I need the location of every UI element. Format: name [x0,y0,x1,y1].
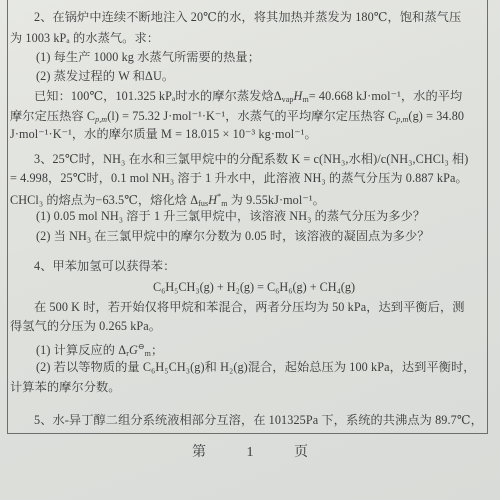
q2-given-end: = 40.668 kJ·mol⁻¹，水的平均 [309,89,463,103]
footer-prefix: 第 [192,445,206,460]
q4-part2: (2) 若以等物质的量 C₆H₅CH₃(g)和 H₂(g)混合，起始总压为 10… [36,359,476,375]
q2-part1: (1) 每生产 1000 kg 水蒸气所需要的热量； [36,49,260,65]
exam-page: 2、在锅炉中连续不断地注入 20℃的水，将其加热并蒸发为 180℃，饱和蒸气压 … [0,0,500,500]
q3-part1: (1) 0.05 mol NH₃ 溶于 1 升三氯甲烷中，该溶液 NH₃ 的蒸气… [36,208,425,224]
q2-given2-mid: (l) = 75.32 J·mol⁻¹·K⁻¹，水蒸气的平均摩尔定压热容 C [107,109,396,123]
q2-intro-line2: 为 1003 kPₐ 的水蒸气。求： [10,30,159,46]
q4-line3: 得氢气的分压为 0.265 kPa。 [10,318,161,334]
q2-given2-end: (g) = 34.80 [408,109,464,123]
q4-part1-b: ； [151,343,163,357]
q2-given-line2: 摩尔定压热容 Cp,m(l) = 75.32 J·mol⁻¹·K⁻¹，水蒸气的平… [10,108,464,128]
q3-line3-sub: fus [198,199,208,208]
q4-part1-g: G [129,343,138,357]
q3-line1: 3、25℃时，NH₃ 在水和三氯甲烷中的分配系数 K = c(NH₃,水相)/c… [34,151,468,167]
q2-given-sub: vap [282,95,294,104]
footer-page-number: 1 [247,445,254,460]
q4-part2-cont: 计算苯的摩尔分数。 [10,379,121,395]
q2-given-line1: 已知：100℃，101.325 kPₐ时水的摩尔蒸发焓ΔvapHm= 40.66… [34,88,462,108]
q4-line2: 在 500 K 时，若开始仅将甲烷和苯混合，两者分压均为 50 kPa，达到平衡… [34,299,465,315]
q4-line1: 4、甲苯加氢可以获得苯： [34,258,175,274]
q2-given2-text: 摩尔定压热容 C [10,109,95,123]
q4-equation: C₆H₅CH₃(g) + H₂(g) = C₆H₆(g) + CH₄(g) [153,279,355,295]
q2-part2: (2) 蒸发过程的 W 和ΔU。 [36,68,174,84]
q3-line3-b: 为 9.55kJ·mol⁻¹。 [228,193,325,207]
q5-line1: 5、水-异丁醇二组分系统液相部分互溶，在 101325Pa 下，系统的共沸点为 … [34,412,483,428]
q3-line3-a: CHCl₃ 的熔点为−63.5℃，熔化焓 Δ [10,193,198,207]
q3-part2: (2) 当 NH₃ 在三氯甲烷中的摩尔分数为 0.05 时，该溶液的凝固点为多少… [36,228,430,244]
q3-line3-h: H [208,193,217,207]
q3-line2: = 4.998，25℃时，0.1 mol NH₃ 溶于 1 升水中，此溶液 NH… [10,170,468,186]
q2-given-line3: J·mol⁻¹·K⁻¹，水的摩尔质量 M = 18.015 × 10⁻³ kg·… [10,126,317,142]
q2-given2-sub2: p,m [396,115,408,124]
q4-part1-sup: ⊖ [138,342,145,351]
q2-intro-line1: 2、在锅炉中连续不断地注入 20℃的水，将其加热并蒸发为 180℃，饱和蒸气压 [34,9,461,25]
q4-part1-a: (1) 计算反应的 Δ [36,343,126,357]
q2-given2-sub: p,m [95,115,107,124]
page-footer: 第 1 页 [0,441,500,461]
footer-suffix: 页 [294,445,308,460]
q2-given-text: 已知：100℃，101.325 kPₐ时水的摩尔蒸发焓Δ [34,89,282,103]
